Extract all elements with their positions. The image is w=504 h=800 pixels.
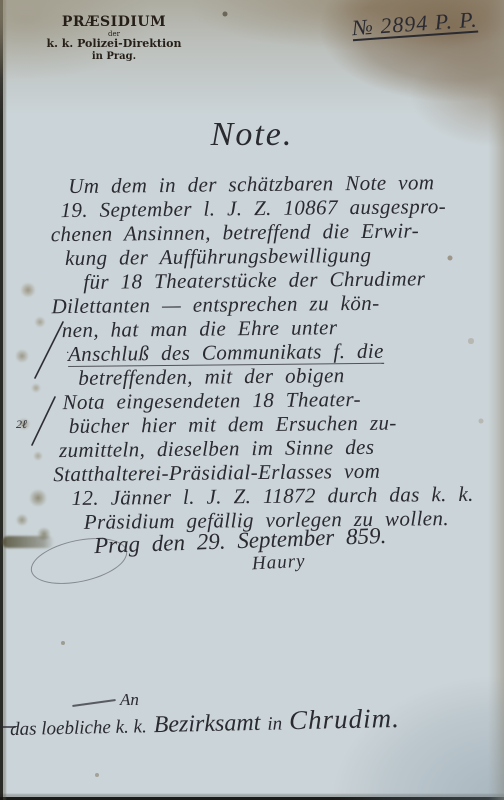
pen-stroke (72, 699, 116, 707)
address-connector: in (267, 713, 282, 735)
address-prefix: das loebliche k. k. (10, 716, 147, 741)
body-line: für 18 Theaterstücke der Chrudimer (83, 266, 471, 294)
document-title: Note. (0, 116, 504, 154)
dark-ink-smear (2, 536, 54, 548)
address-office: Bezirksamt (153, 710, 260, 739)
body-text: Um dem in der schätzbaren Note vom 19. S… (50, 170, 474, 534)
stamp-in-prag: in Prag. (38, 51, 190, 63)
docket-number: № 2894 P. P. (351, 5, 502, 41)
stamp-praesidium: PRÆSIDIUM (38, 14, 190, 30)
scanned-document-page: PRÆSIDIUM der k. k. Polizei-Direktion in… (0, 0, 504, 800)
address-line: das loebliche k. k. Bezirksamt in Chrudi… (10, 701, 496, 742)
stamp-polizei-direktion: k. k. Polizei-Direktion (38, 38, 190, 51)
signature: Haury (251, 551, 306, 576)
body-line: chenen Ansinnen, betreffend die Erwir- (51, 218, 471, 246)
letterhead-stamp: PRÆSIDIUM der k. k. Polizei-Direktion in… (38, 14, 190, 62)
paper-specks (0, 0, 2, 2)
margin-mark-2-label: 2ℓ (16, 417, 27, 431)
address-place: Chrudim. (289, 703, 400, 736)
address-salutation: An (120, 690, 139, 710)
